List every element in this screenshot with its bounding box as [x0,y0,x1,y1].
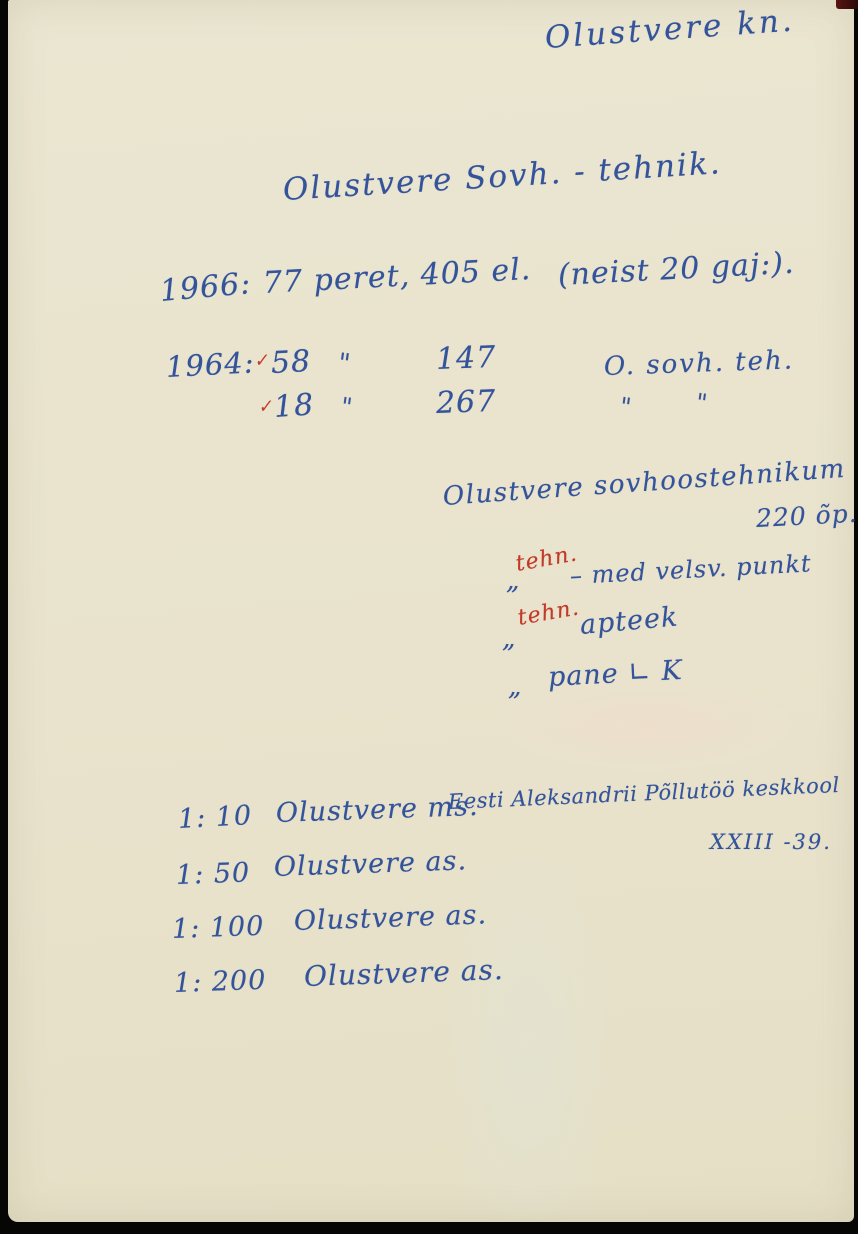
scale-place: Olustvere as. [273,845,467,883]
ditto-mark: „ [502,624,516,654]
scale-extra: Eesti Aleksandrii Põllutöö keskkool [447,773,840,814]
scanned-page: Olustvere kn. Olustvere Sovh. - tehnik. … [0,0,858,1234]
paper-sheet: Olustvere kn. Olustvere Sovh. - tehnik. … [8,0,854,1222]
stat-1964b-count1: 18 [273,387,316,425]
scan-edge-mark [836,0,858,9]
legend-text: – med velsv. punkt [569,549,812,590]
page-title: Olustvere Sovh. - tehnik. [282,145,723,208]
stat-1964b-count2: 267 [435,384,496,421]
ditto-mark: " [336,348,353,380]
scale-value: 1: 10 [177,800,253,835]
stat-1964-org: O. sovh. teh. [603,345,794,382]
stat-1966-values: 77 peret, 405 el. [262,252,532,301]
ditto-mark: " [618,392,634,421]
legend-text: apteek [579,601,680,640]
scale-value: 1: 100 [171,911,264,945]
scale-place: Olustvere as. [303,953,504,993]
ditto-mark: „ [508,672,522,702]
red-checkmark: ✓ [257,396,275,418]
scale-place: Olustvere as. [293,899,487,937]
corner-note: Olustvere kn. [544,3,796,56]
scale-value: 1: 50 [175,857,250,891]
ditto-mark: " [339,392,355,421]
red-checkmark: ✓ [253,350,271,372]
stat-1966-year: 1966: [158,266,252,309]
stat-1964-year: 1964: [165,345,255,384]
scale-value: 1: 200 [173,965,266,999]
legend-text: pane ∟ K [547,655,683,693]
stat-1966-paren: (neist 20 gaj:). [557,246,795,293]
scale-ref: XXIII -39. [710,830,832,854]
ditto-mark: " [694,388,710,417]
legend-red-label: tehn. [516,595,582,630]
stat-1964-count1: 58 [270,344,312,381]
stat-1964-count2: 147 [435,340,496,377]
school-students: 220 õp. [755,499,858,533]
